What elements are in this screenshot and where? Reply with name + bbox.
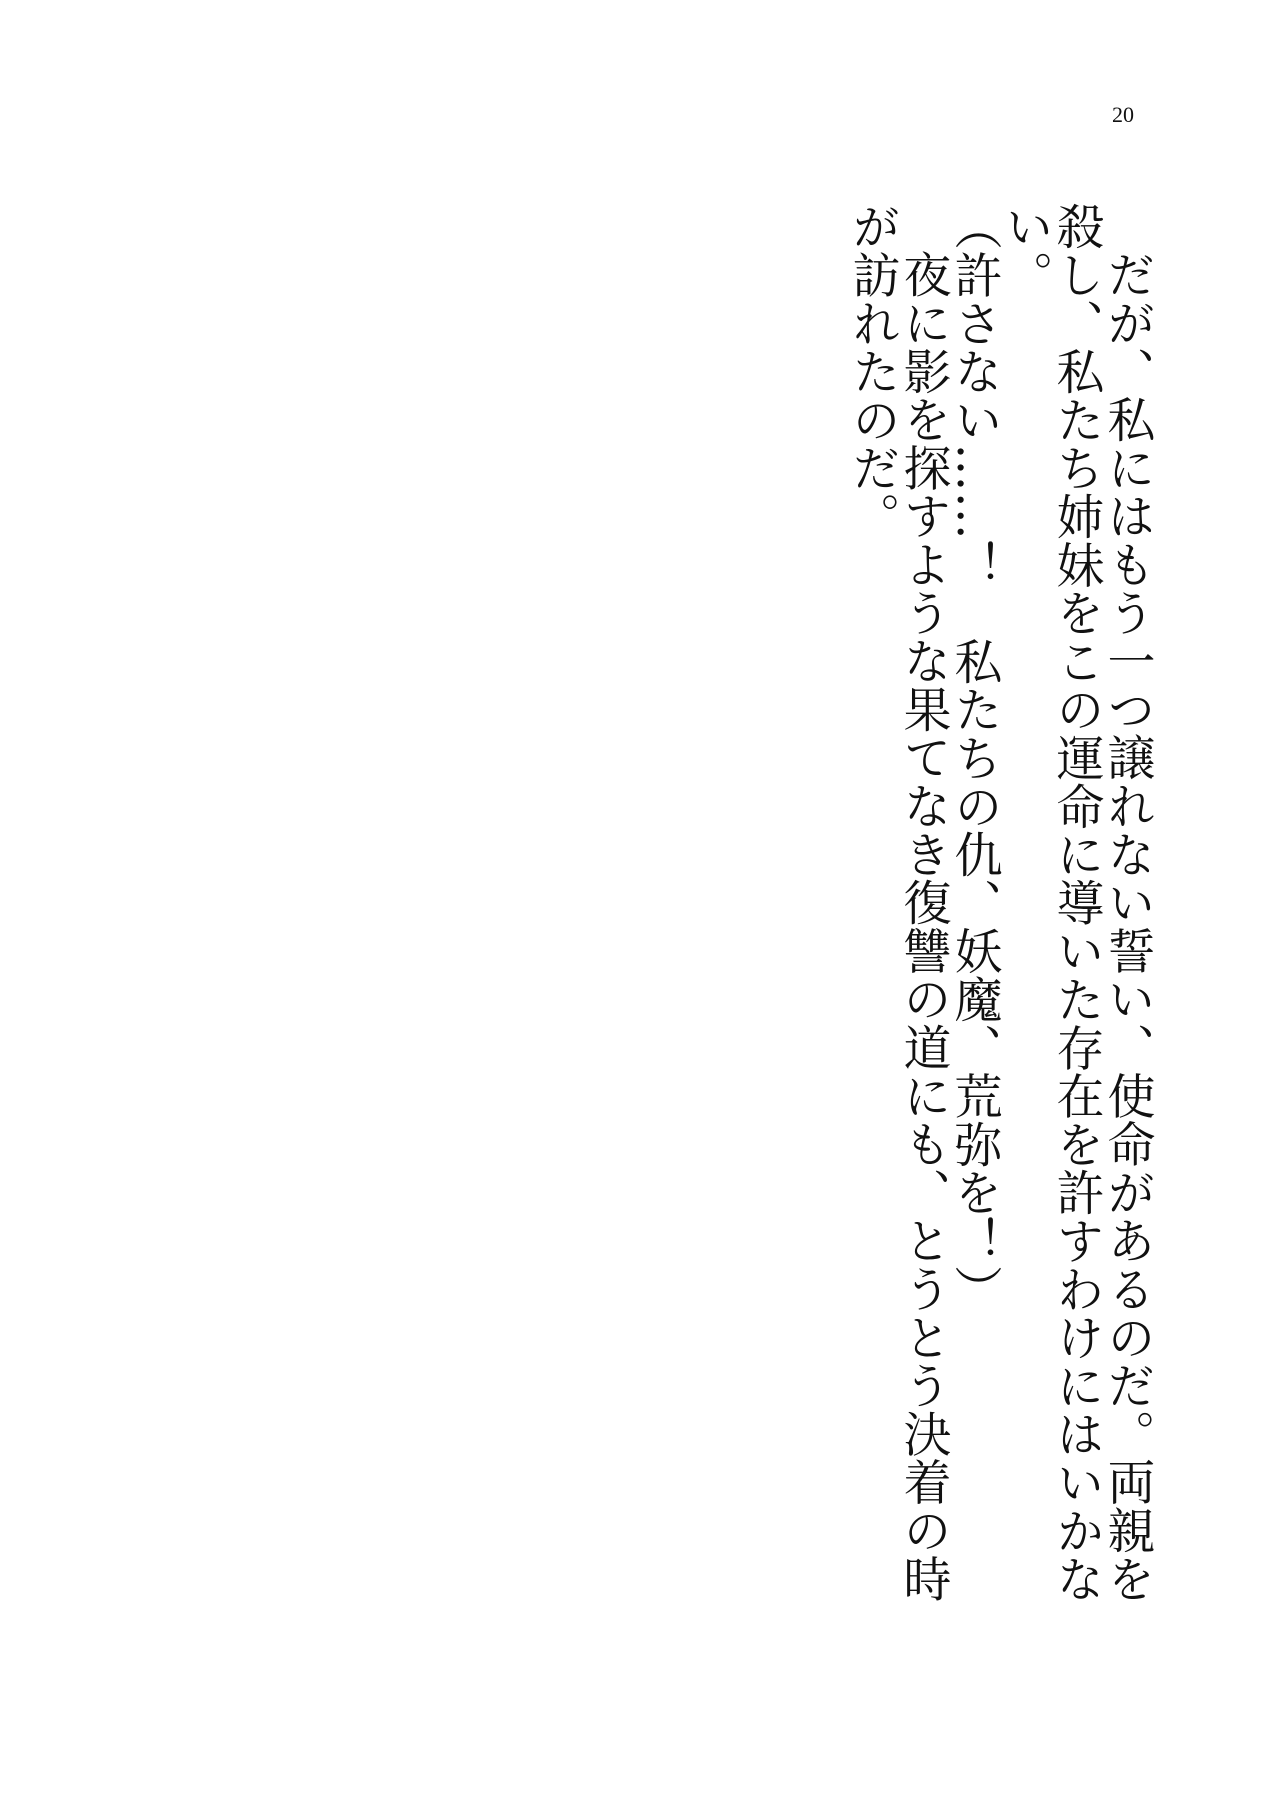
page-number: 20 <box>1112 104 1134 126</box>
paragraph-inner-thought: （許さない……！ 私たちの仇、妖魔、荒弥を！） <box>948 202 999 1622</box>
paragraph-oath: だが、私にはもう一つ譲れない誓い、使命があるのだ。両親を殺し、私たち姉妹をこの運… <box>999 202 1152 1622</box>
vertical-text-body: だが、私にはもう一つ譲れない誓い、使命があるのだ。両親を殺し、私たち姉妹をこの運… <box>846 202 1152 1622</box>
paragraph-resolution: 夜に影を探すような果てなき復讐の道にも、とうとう決着の時が訪れたのだ。 <box>846 202 948 1622</box>
